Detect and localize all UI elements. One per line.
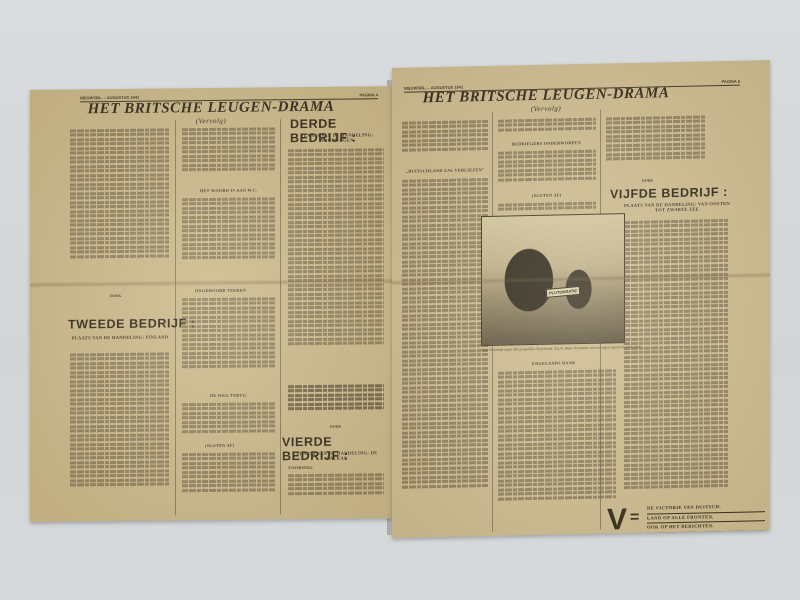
article-column — [182, 125, 275, 186]
newspaper-left-page: NIEUWSBL. – AUGUSTUS 1941 PAGINA 4 HET B… — [30, 86, 392, 522]
signature-doek: DOEK — [330, 425, 341, 429]
article-column — [624, 217, 728, 499]
article-column — [288, 146, 384, 377]
article-column — [182, 295, 275, 391]
slogan-line: OOK OP HET BERICHTEN- — [647, 521, 765, 533]
act-subheading: PLAATS VAN DE HANDELING: VAN OOSTEN TOT … — [622, 201, 732, 213]
v-letter: V — [607, 503, 627, 537]
article-column — [402, 118, 488, 160]
article-column — [606, 113, 706, 175]
article-column — [182, 195, 275, 276]
article-column — [182, 400, 275, 441]
equals-sign: = — [630, 509, 639, 527]
act-subheading: PLAATS VAN DE HANDELING: DE BALKAN — [292, 450, 382, 461]
article-column — [70, 126, 170, 277]
signature-doek: DOEK — [642, 178, 653, 182]
minor-heading: DE WEG TERUG — [210, 393, 247, 398]
column-rule — [280, 119, 281, 514]
article-column-bold — [288, 382, 384, 423]
article-column — [288, 471, 384, 507]
article-column — [498, 367, 616, 519]
act-subheading: PLAATS VAN DE HANDELING: NOORWEGEN — [292, 132, 382, 143]
act-heading-vijfde: VIJFDE BEDRIJF : — [610, 185, 728, 201]
article-column — [182, 450, 275, 506]
slogan-text: DE VICTORIE VAN DUITSCH- LAND OP ALLE FR… — [647, 502, 765, 538]
page-number: PAGINA 4 — [360, 92, 378, 97]
minor-heading: (SLOTEN AF) — [205, 443, 234, 448]
newspaper-right-page: NIEUWSBL. – AUGUSTUS 1941 PAGINA 5 HET B… — [392, 60, 770, 538]
minor-heading: VOORSPEL — [288, 465, 313, 470]
cartoon-sign: PLUTOKRATIE — [546, 286, 581, 298]
signature-doek: DOEK — [110, 294, 121, 298]
running-head-left: NIEUWSBL. – AUGUSTUS 1941 — [80, 95, 139, 101]
article-column — [402, 176, 488, 533]
minor-heading: HET WOORD IS AAN W.C. — [200, 188, 258, 194]
minor-heading: (SLOTEN AF) — [532, 192, 561, 198]
act-subheading: PLAATS VAN DE HANDELING: FINLAND — [70, 334, 170, 340]
article-column — [498, 148, 596, 190]
slogan-line: FRONT ! ! ! — [647, 533, 675, 538]
article-column — [498, 116, 596, 138]
article-column — [70, 350, 170, 511]
act-heading-tweede: TWEEDE BEDRIJF : — [68, 316, 196, 331]
minor-heading: ENGELANDS DANK — [532, 360, 576, 366]
minor-heading: ONGEHOORD TEEKEN — [195, 288, 246, 294]
minor-heading: BEDRIEGERS ONDERWORPEN — [512, 140, 581, 146]
minor-heading: „DUITSCHLAND ZAL VERLIEZEN" — [406, 167, 485, 174]
